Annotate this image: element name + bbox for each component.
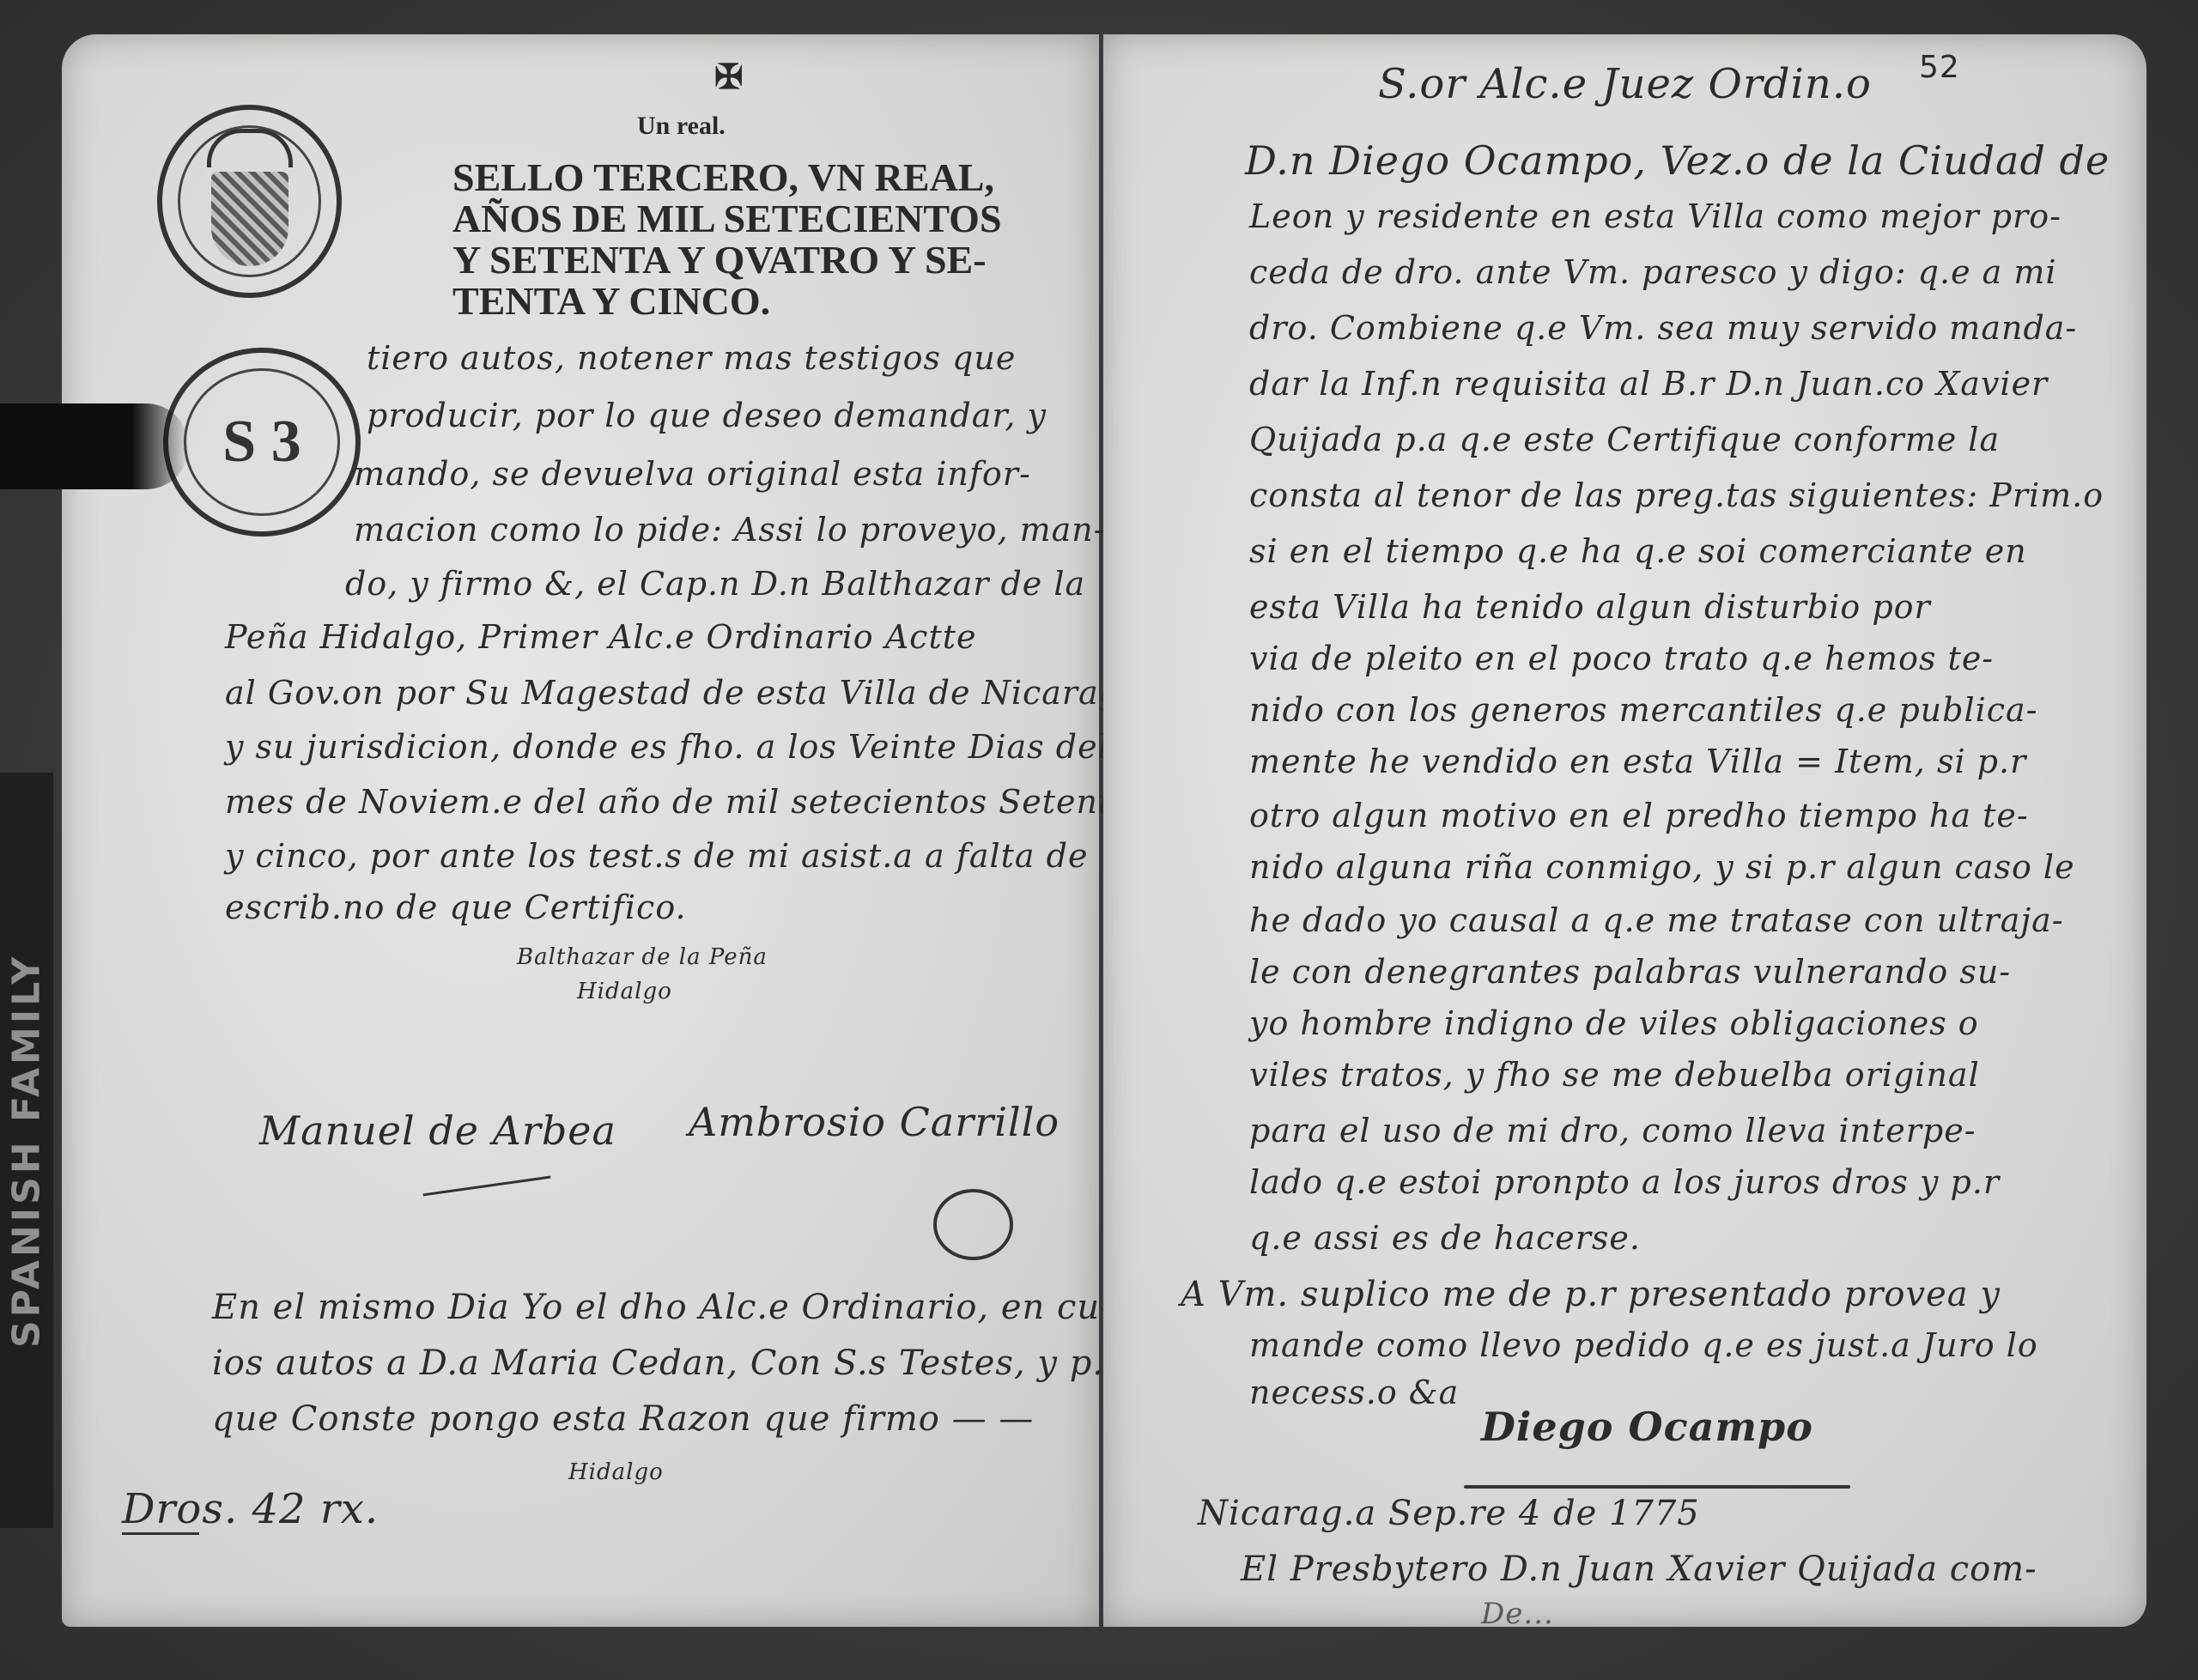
signature-alcalde-name: Balthazar de la Peña <box>517 944 768 970</box>
second-entry-line: ios autos a D.a Maria Cedan, Con S.s Tes… <box>212 1343 1126 1383</box>
petition-line: he dado yo causal a q.e me tratase con u… <box>1249 901 2064 939</box>
petition-line: Leon y residente en esta Villa como mejo… <box>1249 197 2061 235</box>
signature-witness-1: Manuel de Arbea <box>259 1107 616 1154</box>
coat-of-arms-icon <box>211 172 288 266</box>
petition-line: esta Villa ha tenido algun disturbio por <box>1249 588 1931 626</box>
folio-number: 52 <box>1919 50 1960 85</box>
petition-line: nido con los generos mercantiles q.e pub… <box>1249 691 2038 729</box>
petition-line: nido alguna riña conmigo, y si p.r algun… <box>1249 848 2075 886</box>
petition-line: si en el tiempo q.e ha q.e soi comercian… <box>1249 532 2027 570</box>
petition-line: consta al tenor de las preg.tas siguient… <box>1249 476 2104 514</box>
scanner-thumb-shadow <box>0 403 189 489</box>
body-line: producir, por lo que deseo demandar, y <box>367 397 1047 434</box>
body-line: tiero autos, notener mas testigos que <box>367 339 1016 377</box>
petition-line: le con denegrantes palabras vulnerando s… <box>1249 953 2011 991</box>
body-line: Peña Hidalgo, Primer Alc.e Ordinario Act… <box>225 618 976 656</box>
petition-heading: S.or Alc.e Juez Ordin.o <box>1378 60 1872 108</box>
body-line: y cinco, por ante los test.s de mi asist… <box>225 837 1088 875</box>
stamp-header-line-2: AÑOS DE MIL SETECIENTOS <box>452 196 1002 241</box>
signature-flourish-2 <box>933 1189 1013 1260</box>
signature-witness-2: Ambrosio Carrillo <box>689 1099 1060 1145</box>
petitioner-signature: Diego Ocampo <box>1481 1404 1813 1450</box>
decree-line: El Presbytero D.n Juan Xavier Quijada co… <box>1241 1550 2037 1589</box>
fee-note: Dros. 42 rx. <box>122 1485 379 1533</box>
petition-line: otro algun motivo en el predho tiempo ha… <box>1249 797 2029 834</box>
stamp-header-line-1: SELLO TERCERO, VN REAL, <box>452 155 994 200</box>
petition-line: yo hombre indigno de viles obligaciones … <box>1249 1004 1979 1042</box>
royal-seal <box>157 105 342 298</box>
stamp-header-line-4: TENTA Y CINCO. <box>452 278 770 324</box>
body-line: mes de Noviem.e del año de mil setecient… <box>225 783 1132 821</box>
fee-underline <box>122 1532 199 1535</box>
second-signature: Hidalgo <box>568 1459 664 1485</box>
body-line: do, y firmo &, el Cap.n D.n Balthazar de… <box>345 565 1085 603</box>
petition-line: dar la Inf.n requisita al B.r D.n Juan.c… <box>1249 365 2048 403</box>
petition-line: lado q.e estoi pronpto a los juros dros … <box>1249 1163 2000 1201</box>
place-date-line: Nicarag.a Sep.re 4 de 1775 <box>1198 1494 1700 1533</box>
left-page: ✠ Un real. SELLO TERCERO, VN REAL, AÑOS … <box>62 34 1099 1627</box>
body-line: mando, se devuelva original esta infor- <box>354 455 1031 493</box>
tax-seal: S 3 <box>163 348 361 537</box>
stamp-header-line-3: Y SETENTA Y QVATRO Y SE- <box>452 237 987 282</box>
cross-mark: ✠ <box>714 57 744 97</box>
petition-line: dro. Combiene q.e Vm. sea muy servido ma… <box>1249 309 2077 347</box>
petition-line: para el uso de mi dro, como lleva interp… <box>1249 1112 1976 1149</box>
crown-icon <box>207 129 293 167</box>
second-entry-line: En el mismo Dia Yo el dho Alc.e Ordinari… <box>212 1288 1113 1327</box>
petition-line: Quijada p.a q.e este Certifique conforme… <box>1249 421 2000 458</box>
spine-label: SPANISH FAMILY <box>0 773 53 1528</box>
decree-continuation: De... <box>1481 1597 1554 1631</box>
second-entry-line: que Conste pongo esta Razon que firmo — … <box>212 1399 1034 1439</box>
stamp-value-small: Un real. <box>637 112 726 141</box>
petition-line: mande como llevo pedido q.e es just.a Ju… <box>1249 1326 2038 1364</box>
signature-flourish-1 <box>423 1176 551 1197</box>
petition-line: mente he vendido en esta Villa = Item, s… <box>1249 743 2026 780</box>
signature-rubric <box>1464 1485 1850 1489</box>
petition-line: ceda de dro. ante Vm. paresco y digo: q.… <box>1249 253 2057 291</box>
petition-line: q.e assi es de hacerse. <box>1249 1219 1641 1257</box>
body-line: y su jurisdicion, donde es fho. a los Ve… <box>225 728 1109 766</box>
body-line: escrib.no de que Certifico. <box>225 889 687 926</box>
petition-line: D.n Diego Ocampo, Vez.o de la Ciudad de <box>1245 137 2110 184</box>
petition-line: A Vm. suplico me de p.r presentado prove… <box>1181 1275 2001 1314</box>
right-page: 52 S.or Alc.e Juez Ordin.o D.n Diego Oca… <box>1103 34 2146 1627</box>
petition-line: viles tratos, y fho se me debuelba origi… <box>1249 1056 1980 1094</box>
tax-seal-center: S 3 <box>222 408 301 476</box>
body-line: macion como lo pide: Assi lo proveyo, ma… <box>354 511 1106 549</box>
petition-line: necess.o &a <box>1249 1374 1459 1411</box>
petition-line: via de pleito en el poco trato q.e hemos… <box>1249 640 1994 677</box>
body-line: al Gov.on por Su Magestad de esta Villa … <box>225 674 1152 712</box>
signature-alcalde-surname: Hidalgo <box>577 979 672 1004</box>
